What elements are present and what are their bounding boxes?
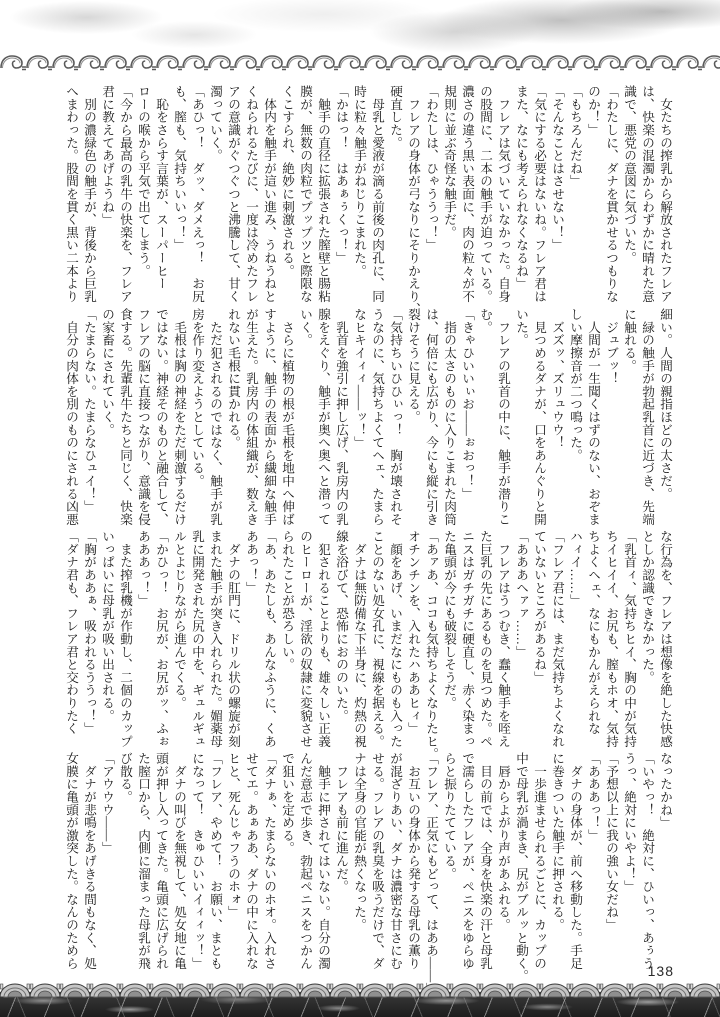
text-column: 人間が一生聞くはずのない、おぞま: [584, 308, 602, 526]
text-column: 母乳と愛液が滴る前後の肉孔に、同: [368, 85, 386, 303]
text-column: 指の太さのものに入りこまれた肉筒: [440, 308, 458, 526]
text-column: 「わたしに、ダナを貫かせるつもりな: [602, 85, 620, 303]
text-column: た亀頭が今にも破裂しそうだ。: [440, 530, 458, 748]
text-column: び散る。: [116, 752, 134, 970]
text-column: ヒと、死んじゃフうのホォ」: [224, 752, 242, 970]
text-column: になって！ きゅひいいイィィッ！」: [188, 752, 206, 970]
text-column: まれた触手が突き入れられた。媚薬母: [206, 530, 224, 748]
text-column: の股間に、二本の触手が迫っている。: [476, 85, 494, 303]
text-column: 「胸がああぁ、吸われるううっ！」: [80, 530, 98, 748]
text-column: 「もちろんだね」: [566, 85, 584, 303]
text-column: 時に粒々触手がねじりこまれた。: [350, 85, 368, 303]
text-column: 緑の触手が勃起乳首に近づき、先端: [638, 308, 656, 526]
text-column: くこすられ、絶妙に刺激される。: [278, 85, 296, 303]
book-page: 女たちの搾乳から解放されたフレアは、快楽の混濁からわずかに晴れた意識で、悪党の意…: [0, 0, 720, 1017]
text-column: あああっ！」: [134, 530, 152, 748]
text-band-4: なったかね」「いやっ！ 絶対に、ひいっ、あぅううっ、絶対にいやよ！」「予想以上に…: [62, 752, 674, 970]
text-column: られたことが恐ろしい。: [278, 530, 296, 748]
text-column: いっぱいに母乳が吸い出される。: [98, 530, 116, 748]
text-column: 「かひっ！ お尻が、お尻がッ、ふぉ: [152, 530, 170, 748]
text-column: せてエ。あぁああ、ダナの中に入れな: [242, 752, 260, 970]
text-column: なったかね」: [656, 752, 674, 970]
text-column: いた。: [512, 308, 530, 526]
text-column: 「あひっ！ ダッ、ダメえっ！ お尻: [188, 85, 206, 303]
text-column: 「フレア君には、まだ気持ちよくなれ: [548, 530, 566, 748]
text-column: ではない。神経そのものと融合して、: [152, 308, 170, 526]
text-column: んだ意志で歩き、勃起ペニスをつかん: [296, 752, 314, 970]
text-column: 「ダナぁ、たまらないのホオ。入れさ: [260, 752, 278, 970]
text-column: また、なにも考えられなくなるね」: [512, 85, 530, 303]
text-column: ダナの叫びを無視して、処女地に亀: [170, 752, 188, 970]
wave-scroll-icon: [0, 52, 720, 74]
text-column: た膣口から、内側に溜まった母乳が飛: [134, 752, 152, 970]
text-column: の家畜にされていく。: [98, 308, 116, 526]
text-column: 別の濃緑色の触手が、背後から巨乳: [80, 85, 98, 303]
text-column: フレアの乳首の中に、触手が潜りこ: [494, 308, 512, 526]
text-column: 体内を触手が這い進み、うねうねと: [260, 85, 278, 303]
text-column: ちよくヘェ、なにもかんがえられな: [584, 530, 602, 748]
text-column: しい摩擦音が二つ鳴った。: [566, 308, 584, 526]
text-column: せる。フレアの乳臭を吸うだけで、ダ: [368, 752, 386, 970]
text-column: は、何倍にも広がり、今にも縦に引き: [422, 308, 440, 526]
text-column: 腺をえぐり、触手が奥へ奥へと潜って: [314, 308, 332, 526]
text-column: うっ、絶対にいやよ！」: [620, 752, 638, 970]
text-column: さらに植物の根が毛根を地中へ伸ば: [278, 308, 296, 526]
text-column: ルとよじりながら進んでくる。: [170, 530, 188, 748]
text-column: 中で母乳が渦まき、尻がブルッと動く。: [512, 752, 530, 970]
text-column: 「予想以上に我の強い女だね」: [602, 752, 620, 970]
text-column: 触手の直径に拡張された膣壁と腸粘: [314, 85, 332, 303]
text-column: 女膜に亀頭が激突した。なんのためら: [62, 752, 80, 970]
text-column: 一歩進ませられるごとに、カップの: [530, 752, 548, 970]
text-column: 濁っていく。: [206, 85, 224, 303]
text-column: 硬直した。: [386, 85, 404, 303]
text-column: で狙いを定める。: [278, 752, 296, 970]
text-column: 唇からよがり声があふれる。: [494, 752, 512, 970]
text-column: な行為を、フレアは想像を絶した快感: [656, 530, 674, 748]
text-column: 犯されることよりも、雄々しい正義: [314, 530, 332, 748]
text-column: 触手に押されてはいない。自分の濁: [314, 752, 332, 970]
text-column: も、膣も、気持ちいいっ！」: [170, 85, 188, 303]
text-column: 「あああヘァァ……」: [512, 530, 530, 748]
text-column: 「たまらない。たまらなひュイ！」: [80, 308, 98, 526]
text-column: 顔をあげ、いまだなにものも入った: [386, 530, 404, 748]
text-column: 規則に並ぶ奇怪な触手だ。: [440, 85, 458, 303]
text-column: れない毛根に貫かれる。: [224, 308, 242, 526]
text-column: 房を作り変えようとしている。: [188, 308, 206, 526]
text-column: 「気持ちいひひぃっ！ 胸が壊されそ: [386, 308, 404, 526]
text-column: が生えた。乳房内の体組織が、数えき: [242, 308, 260, 526]
text-column: 女たちの搾乳から解放されたフレア: [656, 85, 674, 303]
text-band-3: な行為を、フレアは想像を絶した快感としか認識できなかった。「乳首ィ、気持ちヒイ、…: [62, 530, 674, 748]
text-band-2: 細い。人間の親指ほどの太さだ。 緑の触手が勃起乳首に近づき、先端に触れる。 ジュ…: [62, 308, 674, 526]
text-column: は、快楽の混濁からわずかに晴れた意: [638, 85, 656, 303]
text-column: また搾乳機が作動し、二個のカップ: [116, 530, 134, 748]
text-column: 識で、悪党の意図に気づいた。: [620, 85, 638, 303]
text-column: ローの喉から平気で出てしまう。: [134, 85, 152, 303]
text-column: 恥をさらす言葉が、スーパーヒー: [152, 85, 170, 303]
text-column: ダナが悲鳴をあげきる間もなく、処: [80, 752, 98, 970]
text-column: 食する。先輩乳牛たちと同じく、快楽: [116, 308, 134, 526]
text-column: アの意識がぐつぐつと沸騰して、甘く: [224, 85, 242, 303]
text-column: ハィイ……」: [566, 530, 584, 748]
text-column: ダナは無防備な下半身に、灼熱の視: [350, 530, 368, 748]
top-ornament: [0, 0, 720, 76]
text-column: くねられるたびに、一度は冷めたフレ: [242, 85, 260, 303]
text-column: た巨乳の先にあるものを見つめた。ペ: [476, 530, 494, 748]
scallop-wave-icon: [0, 981, 720, 998]
text-column: いく。: [296, 308, 314, 526]
text-column: 膜が、無数の肉粒でプップツと際限な: [296, 85, 314, 303]
text-column: フレアはうつむき、蠢く触手を咥え: [494, 530, 512, 748]
text-column: うなのに、気持ちよくてヘェ、たまら: [368, 308, 386, 526]
bottom-ornament: [0, 981, 720, 1017]
text-column: 乳に開発された尻の中を、ギュルギュ: [188, 530, 206, 748]
text-column: ダナの肛門に、ドリル状の螺旋が刻: [224, 530, 242, 748]
text-column: ことのない処女孔に、視線を据える。: [368, 530, 386, 748]
page-number: 138: [648, 963, 674, 979]
text-column: フレアの身体が弓なりにそりかえり、: [404, 85, 422, 303]
text-column: 目の前では、全身を快楽の汗と母乳: [476, 752, 494, 970]
text-column: ナは全身の官能が熱くなった。: [350, 752, 368, 970]
text-band-1: 女たちの搾乳から解放されたフレアは、快楽の混濁からわずかに晴れた意識で、悪党の意…: [62, 85, 674, 303]
text-column: 君に教えてあげようね」: [98, 85, 116, 303]
text-column: 「フレア、やめて！ お願い、まとも: [206, 752, 224, 970]
text-column: 「きゃひいいぃお――ぉおっ！」: [458, 308, 476, 526]
text-column: 「そんなことはさせない！」: [548, 85, 566, 303]
text-column: 毛根は胸の神経をただ刺激するだけ: [170, 308, 188, 526]
text-column: ああっ！」: [242, 530, 260, 748]
text-column: ダナの身体が、前へ移動した。手足: [566, 752, 584, 970]
text-column: ただ犯されるのではなく、触手が乳: [206, 308, 224, 526]
text-column: 自分の肉体を別のものにされる凶悪: [62, 308, 80, 526]
text-column: 濃さの違う黒い表面に、肉の粒々が不: [458, 85, 476, 303]
text-column: に触れる。: [620, 308, 638, 526]
text-column: 「フレア、正気にもどって、はああ――」: [422, 752, 440, 970]
text-column: なヒキイィィ――ッ！」: [350, 308, 368, 526]
text-column: ちイヒイイ、お尻も、膣もホオ、気持: [602, 530, 620, 748]
text-column: らと振りたてている。: [440, 752, 458, 970]
text-column: 線を浴びて、恐怖におののいた。: [332, 530, 350, 748]
text-column: すように、触手の表面から繊細な触手: [260, 308, 278, 526]
text-column: 「かはっ！ はあぁぅくっ！」: [332, 85, 350, 303]
text-column: 乳首を強引に押し広げ、乳房内の乳: [332, 308, 350, 526]
marble-cloud-texture: [0, 0, 720, 58]
text-column: ズズッ、ズリュウウ！: [548, 308, 566, 526]
text-column: へまわった。股間を貫く黒い二本より: [62, 85, 80, 303]
text-column: 細い。人間の親指ほどの太さだ。: [656, 308, 674, 526]
text-column: 「今から最高の乳牛の快楽を、フレア: [116, 85, 134, 303]
text-column: 「ダナ君も、フレア君と交わりたく: [62, 530, 80, 748]
text-column: のか！」: [584, 85, 602, 303]
text-column: ジュブッ！: [602, 308, 620, 526]
text-column: 「わたしは、ひゃううっ！」: [422, 85, 440, 303]
text-column: 「いやっ！ 絶対に、ひいっ、あぅう: [638, 752, 656, 970]
text-column: オチンチンを、入れたハああヒィ」: [404, 530, 422, 748]
text-column: 「乳首ィ、気持ちヒイ、胸の中が気持: [620, 530, 638, 748]
text-column: 「あ、あたしも、あんなふうに、くあ: [260, 530, 278, 748]
text-column: のヒーローが、淫欲の奴隷に変貌させ: [296, 530, 314, 748]
text-column: フレアは気づいていなかった。自身: [494, 85, 512, 303]
text-column: む。: [476, 308, 494, 526]
text-column: 「気にする必要はないね。フレア君は: [530, 85, 548, 303]
text-column: 裂けそうに見える。: [404, 308, 422, 526]
text-column: 「あああっ！」: [584, 752, 602, 970]
text-column: 見つめるダナが、口をあんぐりと開: [530, 308, 548, 526]
text-column: ていないところがあるね」: [530, 530, 548, 748]
text-column: としか認識できなかった。: [638, 530, 656, 748]
text-column: フレアも前に進んだ。: [332, 752, 350, 970]
text-column: お互いの身体から発する母乳の薫り: [404, 752, 422, 970]
text-column: が混ざりあい、ダナは濃密な甘さにむ: [386, 752, 404, 970]
text-column: で濡らしたフレアが、ペニスをゆらゆ: [458, 752, 476, 970]
text-column: に巻きついた触手に押される。: [548, 752, 566, 970]
text-column: 頭が押し入ってきた。亀頭に広げられ: [152, 752, 170, 970]
text-column: ニスはガチガチに硬直し、赤く染まっ: [458, 530, 476, 748]
text-column: フレアの脳に直接つながり、意識を侵: [134, 308, 152, 526]
text-column: 「あァあ、ココも気持ちよくなりたヒ。: [422, 530, 440, 748]
text-column: 「アウウウ――」: [98, 752, 116, 970]
